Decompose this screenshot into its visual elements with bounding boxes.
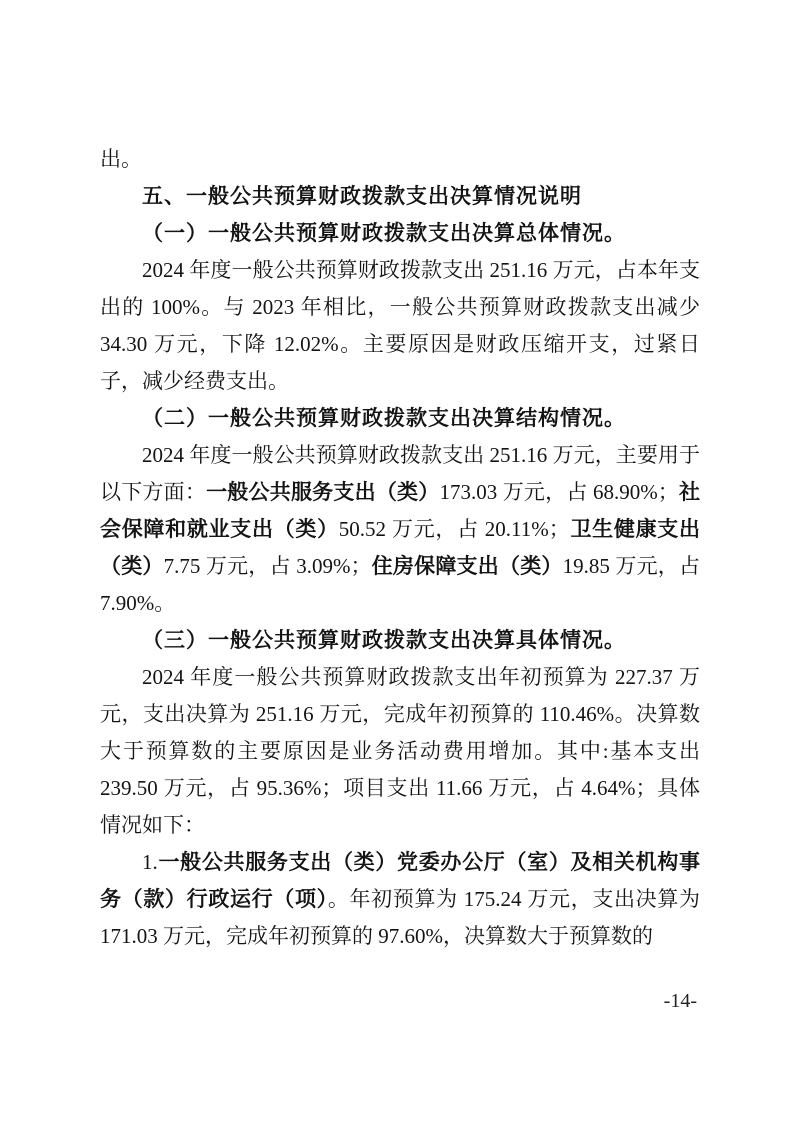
item-number-run: 1. — [142, 850, 158, 874]
paragraph-structure-situation: 2024 年度一般公共预算财政拨款支出 251.16 万元，主要用于以下方面：一… — [100, 437, 700, 622]
paragraph-overall-situation: 2024 年度一般公共预算财政拨款支出 251.16 万元，占本年支出的 100… — [100, 252, 700, 400]
page-number: -14- — [0, 990, 697, 1013]
bold-category-run: 一般公共服务支出（类） — [206, 481, 439, 504]
section-5-heading: 五、一般公共预算财政拨款支出决算情况说明 — [100, 178, 700, 215]
text-run: 50.52 万元，占 20.11%； — [339, 517, 570, 541]
document-body: 出。 五、一般公共预算财政拨款支出决算情况说明 （一）一般公共预算财政拨款支出决… — [100, 141, 700, 955]
bold-category-run: 住房保障支出（类） — [371, 555, 562, 578]
paragraph-item-1: 1.一般公共服务支出（类）党委办公厅（室）及相关机构事务（款）行政运行（项）。年… — [100, 844, 700, 955]
subsection-2-heading: （二）一般公共预算财政拨款支出决算结构情况。 — [100, 400, 700, 437]
continuation-line: 出。 — [100, 141, 700, 178]
paragraph-specific-situation: 2024 年度一般公共预算财政拨款支出年初预算为 227.37 万元，支出决算为… — [100, 659, 700, 844]
subsection-3-heading: （三）一般公共预算财政拨款支出决算具体情况。 — [100, 622, 700, 659]
text-run: 7.75 万元，占 3.09%； — [164, 554, 372, 578]
text-run: 173.03 万元，占 68.90%； — [439, 480, 678, 504]
document-page: 出。 五、一般公共预算财政拨款支出决算情况说明 （一）一般公共预算财政拨款支出决… — [0, 0, 793, 1122]
subsection-1-heading: （一）一般公共预算财政拨款支出决算总体情况。 — [100, 215, 700, 252]
